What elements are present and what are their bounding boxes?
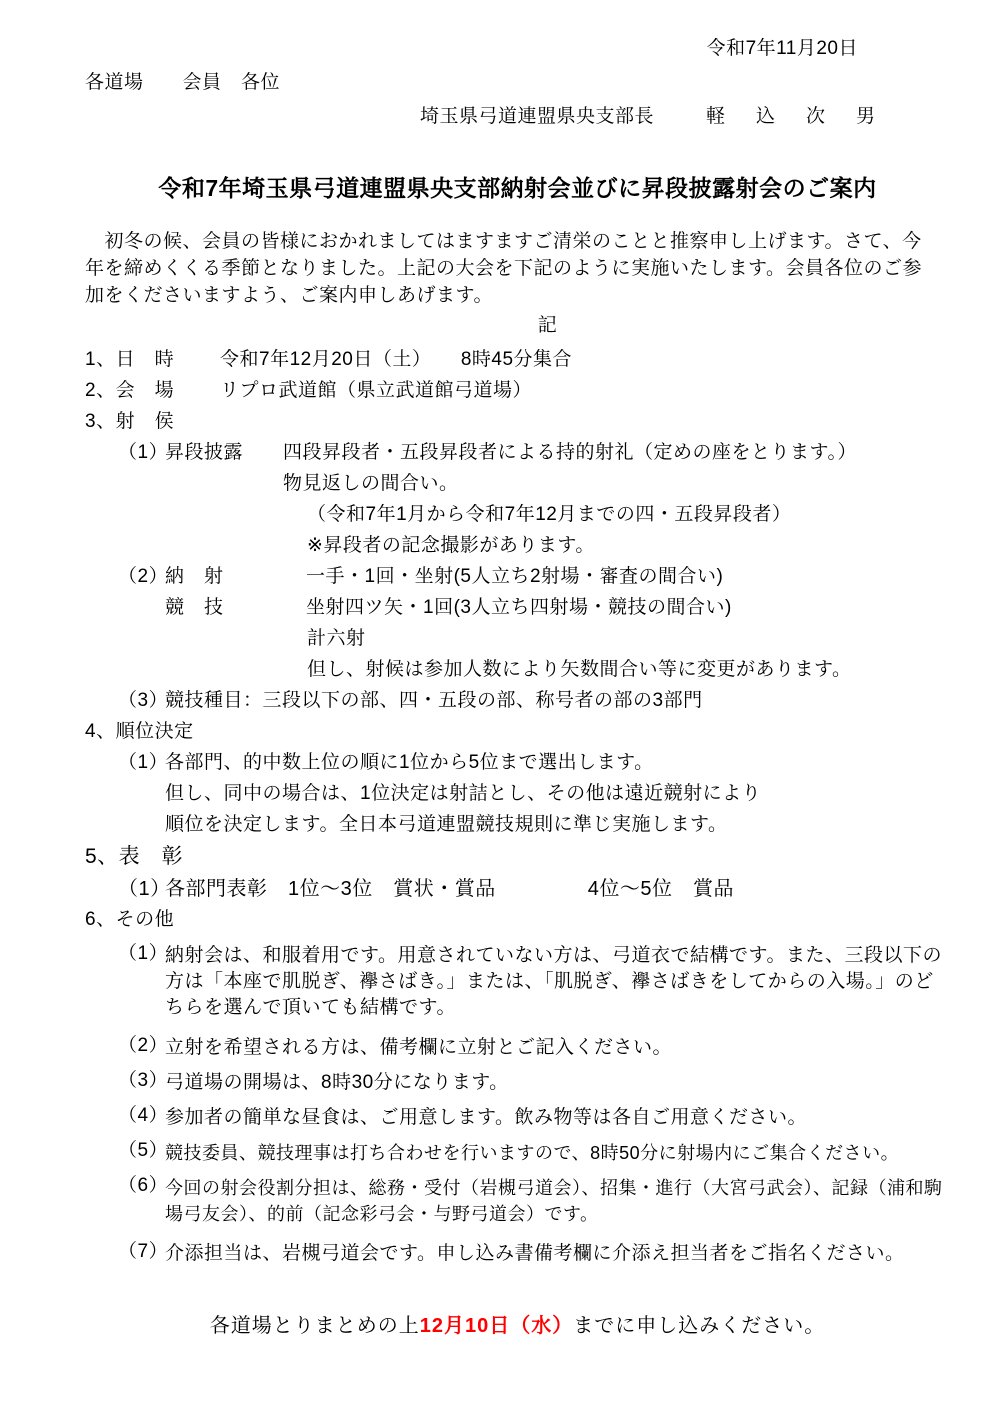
sender-title: 埼玉県弓道連盟県央支部長 bbox=[420, 106, 654, 127]
item-label: 納 射 bbox=[165, 566, 306, 588]
item-marker: （6） bbox=[118, 1175, 165, 1197]
section-3-item-2: （2）納 射一手・1回・坐射(5人立ち2射場・審査の間合い) bbox=[118, 566, 950, 588]
item-marker: （1） bbox=[118, 752, 165, 774]
issue-date: 令和7年11月20日 bbox=[85, 38, 950, 60]
item-marker: （1） bbox=[118, 442, 165, 464]
item-label: 昇段披露 bbox=[165, 442, 283, 464]
sender-name: 軽 込 次 男 bbox=[706, 106, 881, 127]
item-text: 坐射四ツ矢・1回(3人立ち四射場・競技の間合い) bbox=[306, 597, 732, 618]
section-1-value: 令和7年12月20日（土） 8時45分集合 bbox=[220, 349, 572, 370]
section-4-item-1-line-3: 順位を決定します。全日本弓道連盟競技規則に準じ実施します。 bbox=[118, 814, 950, 836]
deadline-date: 12月10日（水） bbox=[420, 1315, 574, 1337]
section-5-item-1: （1）各部門表彰 1位～3位 賞状・賞品4位～5位 賞品 bbox=[118, 878, 950, 900]
item-text: 順位を決定します。全日本弓道連盟競技規則に準じ実施します。 bbox=[165, 814, 727, 835]
recipient-line: 各道場 会員 各位 bbox=[85, 72, 950, 94]
section-3-item-1: （1）昇段披露四段昇段者・五段昇段者による持的射礼（定めの座をとります。） bbox=[118, 442, 950, 464]
award-top-ranks: 各部門表彰 1位～3位 賞状・賞品 bbox=[165, 878, 496, 900]
item-marker: （1） bbox=[118, 878, 165, 900]
section-6-item-2: （2） 立射を希望される方は、備考欄に立射とご記入ください。 bbox=[118, 1035, 950, 1061]
deadline-line: 各道場とりまとめの上12月10日（水）までに申し込みください。 bbox=[85, 1313, 950, 1339]
section-6-item-3: （3） 弓道場の開場は、8時30分になります。 bbox=[118, 1070, 950, 1096]
document-title: 令和7年埼玉県弓道連盟県央支部納射会並びに昇段披露射会のご案内 bbox=[85, 172, 950, 204]
section-6-item-5: （5） 競技委員、競技理事は打ち合わせを行いますので、8時50分に射場内にご集合… bbox=[118, 1140, 950, 1166]
item-marker: （5） bbox=[118, 1140, 165, 1162]
item-marker: （4） bbox=[118, 1105, 165, 1127]
item-text: 各部門、的中数上位の順に1位から5位まで選出します。 bbox=[165, 752, 654, 773]
section-1-label: 1、日 時 bbox=[85, 349, 220, 371]
deadline-pre-text: 各道場とりまとめの上 bbox=[210, 1315, 420, 1337]
section-2-value: リプロ武道館（県立武道館弓道場） bbox=[220, 380, 532, 401]
section-5-header: 5、表 彰 bbox=[85, 845, 950, 869]
item-label: 競 技 bbox=[165, 597, 306, 619]
item-text: 参加者の簡単な昼食は、ご用意します。飲み物等は各自ご用意ください。 bbox=[165, 1105, 950, 1131]
item-text: 一手・1回・坐射(5人立ち2射場・審査の間合い) bbox=[306, 566, 723, 587]
section-3-item-1-line-3: （令和7年1月から令和7年12月までの四・五段昇段者） bbox=[307, 504, 950, 526]
item-text: 弓道場の開場は、8時30分になります。 bbox=[165, 1070, 950, 1096]
item-text: 今回の射会役割分担は、総務・受付（岩槻弓道会）、招集・進行（大宮弓武会）、記録（… bbox=[165, 1175, 950, 1227]
item-marker: （2） bbox=[118, 566, 165, 588]
ki-heading: 記 bbox=[85, 315, 950, 337]
item-text: 介添担当は、岩槻弓道会です。申し込み書備考欄に介添え担当者をご指名ください。 bbox=[165, 1241, 950, 1267]
section-6-item-6: （6） 今回の射会役割分担は、総務・受付（岩槻弓道会）、招集・進行（大宮弓武会）… bbox=[118, 1175, 950, 1227]
item-text: 四段昇段者・五段昇段者による持的射礼（定めの座をとります。） bbox=[283, 442, 857, 463]
section-6-item-7: （7） 介添担当は、岩槻弓道会です。申し込み書備考欄に介添え担当者をご指名くださ… bbox=[118, 1241, 950, 1267]
item-marker: （7） bbox=[118, 1241, 165, 1263]
section-3-item-3: （3）競技種目：三段以下の部、四・五段の部、称号者の部の3部門 bbox=[118, 690, 950, 712]
section-4-header: 4、順位決定 bbox=[85, 721, 950, 743]
item-text: 納射会は、和服着用です。用意されていない方は、弓道衣で結構です。また、三段以下の… bbox=[165, 943, 950, 1021]
item-text: 競技委員、競技理事は打ち合わせを行いますので、8時50分に射場内にご集合ください… bbox=[165, 1140, 950, 1166]
section-2-venue: 2、会 場リプロ武道館（県立武道館弓道場） bbox=[85, 380, 950, 402]
sender-line: 埼玉県弓道連盟県央支部長軽 込 次 男 bbox=[420, 106, 950, 128]
section-2-label: 2、会 場 bbox=[85, 380, 220, 402]
section-3-item-2-line-4: 但し、射候は参加人数により矢数間合い等に変更があります。 bbox=[307, 659, 950, 681]
intro-paragraph: 初冬の候、会員の皆様におかれましてはますますご清栄のことと推察申し上げます。さて… bbox=[85, 228, 937, 309]
document-page: 令和7年11月20日 各道場 会員 各位 埼玉県弓道連盟県央支部長軽 込 次 男… bbox=[0, 0, 1000, 1414]
section-3-item-1-line-2: 物見返しの間合い。 bbox=[283, 473, 950, 495]
item-text: 立射を希望される方は、備考欄に立射とご記入ください。 bbox=[165, 1035, 950, 1061]
section-3-item-1-line-4: ※昇段者の記念撮影があります。 bbox=[307, 535, 950, 557]
item-marker: （3） bbox=[118, 690, 165, 712]
item-marker: （2） bbox=[118, 1035, 165, 1057]
section-6-item-4: （4） 参加者の簡単な昼食は、ご用意します。飲み物等は各自ご用意ください。 bbox=[118, 1105, 950, 1131]
section-6-item-1: （1） 納射会は、和服着用です。用意されていない方は、弓道衣で結構です。また、三… bbox=[118, 943, 950, 1021]
item-text: 但し、同中の場合は、1位決定は射詰とし、その他は遠近競射により bbox=[165, 783, 761, 804]
item-marker: （3） bbox=[118, 1070, 165, 1092]
item-marker: （1） bbox=[118, 943, 165, 965]
section-1-datetime: 1、日 時令和7年12月20日（土） 8時45分集合 bbox=[85, 349, 950, 371]
section-3-header: 3、射 侯 bbox=[85, 411, 950, 433]
section-4-item-1: （1）各部門、的中数上位の順に1位から5位まで選出します。 bbox=[118, 752, 950, 774]
award-lower-ranks: 4位～5位 賞品 bbox=[588, 878, 734, 900]
section-4-item-1-line-2: 但し、同中の場合は、1位決定は射詰とし、その他は遠近競射により bbox=[118, 783, 950, 805]
deadline-post-text: までに申し込みください。 bbox=[573, 1315, 825, 1337]
section-3-item-2-line-2: 競 技坐射四ツ矢・1回(3人立ち四射場・競技の間合い) bbox=[118, 597, 950, 619]
section-6-header: 6、その他 bbox=[85, 909, 950, 931]
item-text: 競技種目：三段以下の部、四・五段の部、称号者の部の3部門 bbox=[165, 690, 703, 711]
section-3-item-2-line-3: 計六射 bbox=[307, 628, 950, 650]
